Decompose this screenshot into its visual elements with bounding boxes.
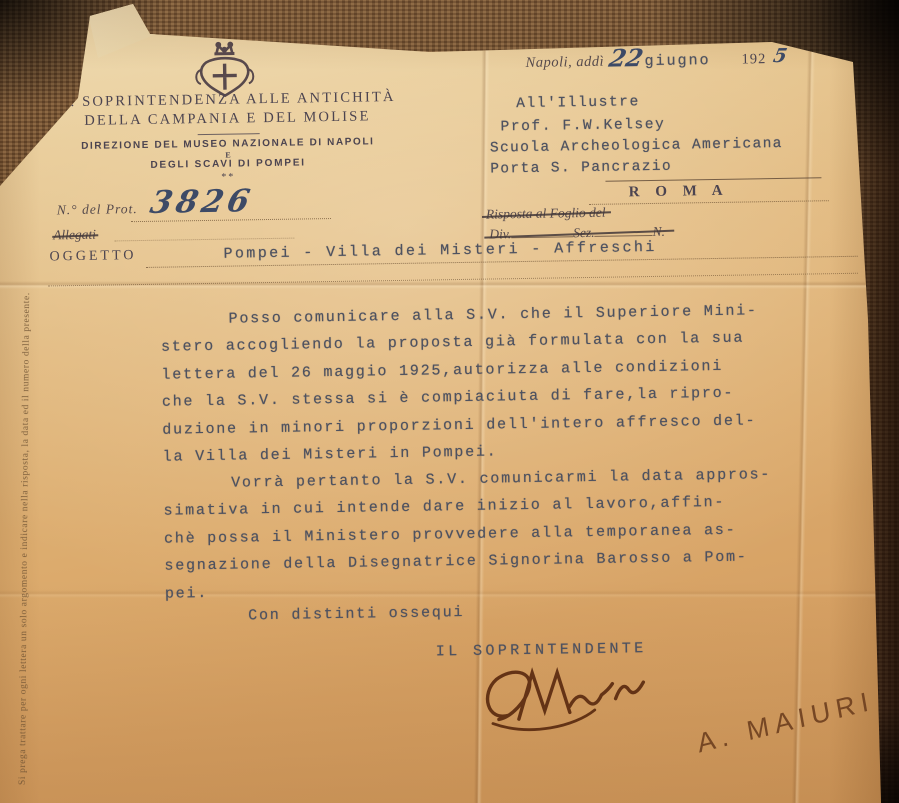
letterhead-rule xyxy=(198,133,260,135)
addressee-name: Prof. F.W.Kelsey xyxy=(500,117,665,136)
closing-line: Con distinti ossequi xyxy=(248,604,464,624)
reply-ref-line: Risposta al Foglio del xyxy=(486,205,606,223)
date-place-label: Napoli, addì xyxy=(525,54,604,72)
margin-instruction-note: Si prega trattare per ogni lettera un so… xyxy=(18,265,33,785)
address-rule xyxy=(605,176,821,181)
paragraph-1: Posso comunicare alla S.V. che il Superi… xyxy=(160,297,760,471)
date-year-printed: 192 xyxy=(741,51,766,68)
div-blank xyxy=(511,225,573,238)
maiuri-signature xyxy=(474,657,665,750)
org-name-line2: DELLA CAMPANIA E DEL MOLISE xyxy=(27,107,427,130)
protocol-label: N.° del Prot. xyxy=(57,201,138,218)
print-run-note: (1000) Aprile 1925 xyxy=(729,27,813,37)
date-month-typed: giugno xyxy=(644,52,710,70)
addressee-salutation: All'Illustre xyxy=(516,94,640,112)
sez-label: Sez. xyxy=(573,225,595,240)
date-year-handwritten: 5 xyxy=(771,45,789,67)
letter-paper: R. SOPRINTENDENZA ALLE ANTICHITÀ DELLA C… xyxy=(0,0,899,803)
paragraph-2: Vorrà pertanto la S.V. comunicarmi la da… xyxy=(163,461,773,608)
addressee-organization: Scuola Archeologica Americana xyxy=(490,136,783,157)
sez-blank xyxy=(594,224,652,237)
letter-content: R. SOPRINTENDENZA ALLE ANTICHITÀ DELLA C… xyxy=(0,0,899,803)
protocol-number-handwritten: 3826 xyxy=(147,183,256,221)
addressee-street: Porta S. Pancrazio xyxy=(490,159,672,178)
addressee-city: R O M A xyxy=(599,182,759,202)
oggetto-line2 xyxy=(48,272,858,287)
oggetto-label: OGGETTO xyxy=(49,248,136,265)
n-label: N. xyxy=(652,224,665,239)
date-day-handwritten: 22 xyxy=(607,43,646,73)
allegati-label: Allegati xyxy=(53,227,96,244)
pencil-name-caption: A. MAIURI xyxy=(695,685,877,759)
div-label: Div. xyxy=(489,226,511,241)
photo-of-letter: R. SOPRINTENDENZA ALLE ANTICHITÀ DELLA C… xyxy=(0,0,899,803)
allegati-line xyxy=(114,237,294,242)
